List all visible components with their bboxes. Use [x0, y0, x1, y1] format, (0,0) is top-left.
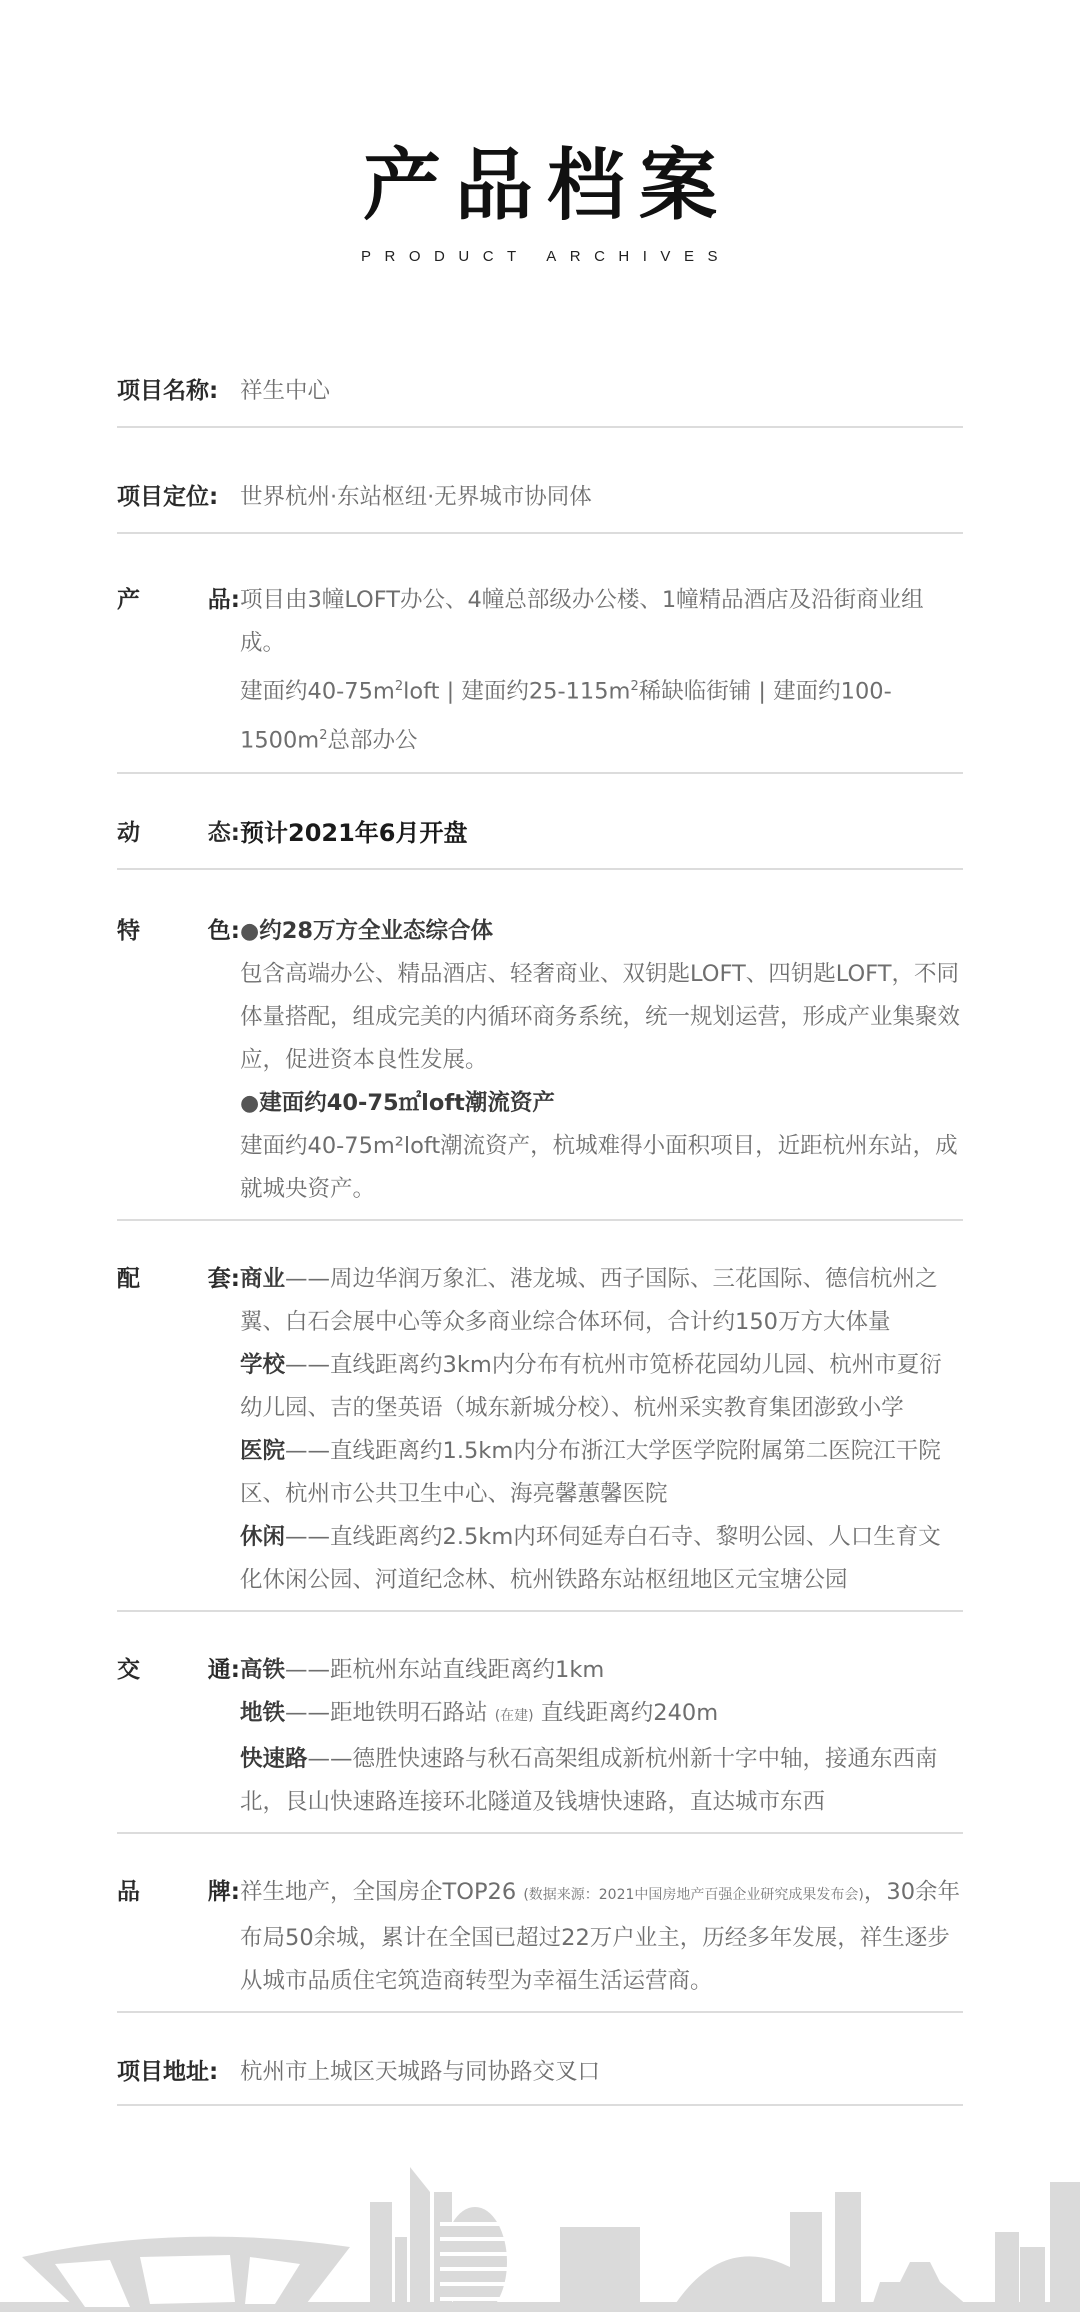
transport-expressway: 快速路——德胜快速路与秋石高架组成新杭州新十字中轴，接通东西南北，艮山快速路连接… [240, 1738, 963, 1824]
value-facilities: 商业——周边华润万象汇、港龙城、西子国际、三花国际、德信杭州之翼、白石会展中心等… [240, 1258, 963, 1602]
value-address: 杭州市上城区天城路与同协路交叉口 [240, 2051, 963, 2094]
label-status: 动态: [117, 812, 240, 855]
row-brand: 品牌: 祥生地产，全国房企TOP26 (数据来源：2021中国房地产百强企业研究… [117, 1871, 963, 2013]
row-positioning: 项目定位: 世界杭州·东站枢纽·无界城市协同体 [117, 476, 963, 534]
feature-desc: 包含高端办公、精品酒店、轻奢商业、双钥匙LOFT、四钥匙LOFT，不同体量搭配，… [240, 953, 963, 1082]
value-product: 项目由3幢LOFT办公、4幢总部级办公楼、1幢精品酒店及沿街商业组成。 建面约4… [240, 579, 963, 762]
label-facilities: 配套: [117, 1258, 240, 1301]
transport-metro: 地铁——距地铁明石路站 (在建) 直线距离约240m [240, 1692, 963, 1738]
city-skyline-illustration [0, 2152, 1080, 2312]
value-features: ●约28万方全业态综合体 包含高端办公、精品酒店、轻奢商业、双钥匙LOFT、四钥… [240, 910, 963, 1211]
archive-table: 项目名称: 祥生中心 项目定位: 世界杭州·东站枢纽·无界城市协同体 产 品: … [117, 362, 963, 2106]
feature-title: ●约28万方全业态综合体 [240, 910, 963, 953]
row-transport: 交通: 高铁——距杭州东站直线距离约1km 地铁——距地铁明石路站 (在建) 直… [117, 1649, 963, 1834]
label-brand: 品牌: [117, 1871, 240, 1914]
page-title: 产品档案 [14, 138, 1080, 234]
row-features: 特色: ●约28万方全业态综合体 包含高端办公、精品酒店、轻奢商业、双钥匙LOF… [117, 910, 963, 1221]
label-address: 项目地址: [117, 2051, 240, 2094]
value-status: 预计2021年6月开盘 [240, 819, 468, 847]
value-brand: 祥生地产，全国房企TOP26 (数据来源：2021中国房地产百强企业研究成果发布… [240, 1871, 963, 2003]
facility-hospital: 医院——直线距离约1.5km内分布浙江大学医学院附属第二医院江干院区、杭州市公共… [240, 1430, 963, 1516]
feature-title: ●建面约40-75㎡loft潮流资产 [240, 1082, 963, 1125]
value-project-name: 祥生中心 [240, 370, 963, 413]
label-features: 特色: [117, 910, 240, 953]
row-address: 项目地址: 杭州市上城区天城路与同协路交叉口 [117, 2051, 963, 2106]
label-product: 产 品: [117, 579, 240, 622]
product-composition: 项目由3幢LOFT办公、4幢总部级办公楼、1幢精品酒店及沿街商业组成。 [240, 579, 963, 665]
page-header: 产品档案 PRODUCT ARCHIVES [0, 138, 1080, 265]
value-positioning: 世界杭州·东站枢纽·无界城市协同体 [240, 476, 963, 519]
row-product: 产 品: 项目由3幢LOFT办公、4幢总部级办公楼、1幢精品酒店及沿街商业组成。… [117, 579, 963, 774]
row-facilities: 配套: 商业——周边华润万象汇、港龙城、西子国际、三花国际、德信杭州之翼、白石会… [117, 1258, 963, 1612]
transport-rail: 高铁——距杭州东站直线距离约1km [240, 1649, 963, 1692]
row-status: 动态: 预计2021年6月开盘 [117, 812, 963, 870]
page-subtitle: PRODUCT ARCHIVES [12, 248, 1080, 265]
label-transport: 交通: [117, 1649, 240, 1692]
label-project-name: 项目名称: [117, 370, 240, 413]
feature-desc: 建面约40-75m²loft潮流资产，杭城难得小面积项目，近距杭州东站，成就城央… [240, 1125, 963, 1211]
value-transport: 高铁——距杭州东站直线距离约1km 地铁——距地铁明石路站 (在建) 直线距离约… [240, 1649, 963, 1824]
facility-school: 学校——直线距离约3km内分布有杭州市笕桥花园幼儿园、杭州市夏衍幼儿园、吉的堡英… [240, 1344, 963, 1430]
label-positioning: 项目定位: [117, 476, 240, 519]
facility-leisure: 休闲——直线距离约2.5km内环伺延寿白石寺、黎明公园、人口生育文化休闲公园、河… [240, 1516, 963, 1602]
row-project-name: 项目名称: 祥生中心 [117, 362, 963, 428]
facility-commerce: 商业——周边华润万象汇、港龙城、西子国际、三花国际、德信杭州之翼、白石会展中心等… [240, 1258, 963, 1344]
product-areas: 建面约40-75m2loft | 建面约25-115m2稀缺临街铺 | 建面约1… [240, 665, 963, 762]
